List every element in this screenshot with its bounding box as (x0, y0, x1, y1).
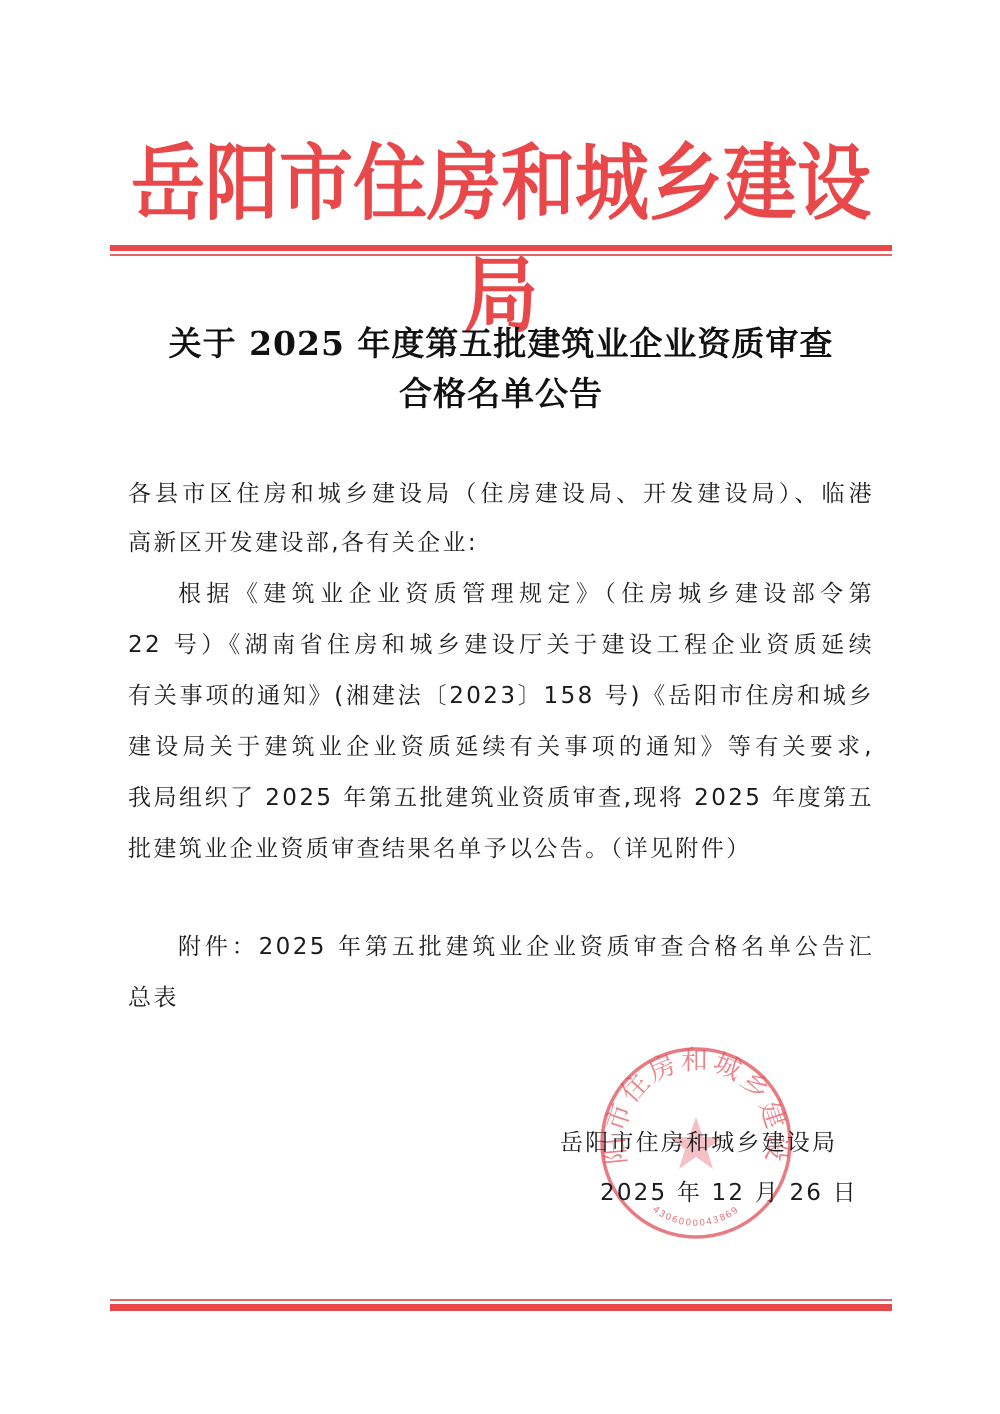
rule-thin-line (110, 254, 892, 256)
addressee-line-2: 高新区开发建设部,各有关企业: (128, 527, 874, 559)
body-line-6: 批建筑业企业资质审查结果名单予以公告。（详见附件） (128, 833, 874, 865)
addressee-line-1: 各县市区住房和城乡建设局（住房建设局、开发建设局）、临港 (128, 478, 874, 510)
body-line-1: 根据《建筑业企业资质管理规定》（住房城乡建设部令第 (178, 578, 874, 610)
body-line-3: 有关事项的通知》(湘建法〔2023〕158 号)《岳阳市住房和城乡 (128, 680, 874, 712)
rule-thick-line (110, 1304, 892, 1311)
footer-red-rule (110, 1299, 892, 1311)
document-title-line-2: 合格名单公告 (110, 368, 892, 415)
body-line-2: 22 号）《湖南省住房和城乡建设厅关于建设工程企业资质延续 (128, 629, 874, 661)
letterhead-red-rule (110, 245, 892, 256)
attachment-line-1: 附件：2025 年第五批建筑业企业资质审查合格名单公告汇 (178, 931, 874, 963)
signature-org: 岳阳市住房和城乡建设局 (560, 1127, 837, 1159)
document-page: 岳阳市住房和城乡建设局 关于 2025 年度第五批建筑业企业资质审查 合格名单公… (0, 0, 1000, 1414)
body-line-5: 我局组织了 2025 年第五批建筑业资质审查,现将 2025 年度第五 (128, 782, 874, 814)
attachment-line-2: 总表 (128, 982, 874, 1014)
body-line-4: 建设局关于建筑业企业资质延续有关事项的通知》等有关要求, (128, 731, 874, 763)
signature-date: 2025 年 12 月 26 日 (600, 1177, 858, 1209)
document-title-line-1: 关于 2025 年度第五批建筑业企业资质审查 (110, 318, 892, 365)
